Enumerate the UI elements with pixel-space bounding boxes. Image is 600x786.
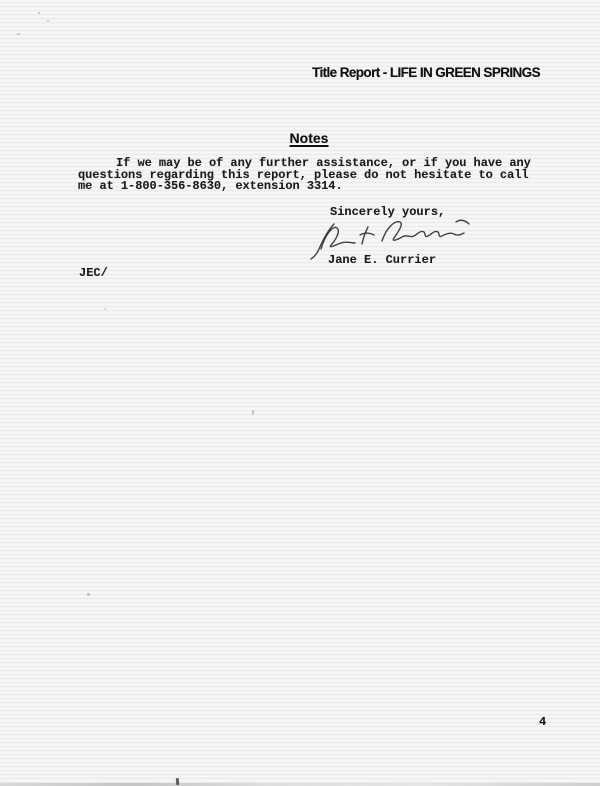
- section-heading-notes: Notes: [0, 130, 600, 146]
- reference-initials: JEC/: [79, 266, 108, 280]
- page-number: 4: [539, 715, 546, 729]
- scan-speck: [252, 410, 255, 415]
- body-line-3: me at 1-800-356-8630, extension 3314.: [78, 181, 548, 193]
- typed-signature-name: Jane E. Currier: [328, 253, 436, 267]
- scan-speck: [87, 593, 90, 596]
- scan-speck: [17, 33, 20, 35]
- scan-speck: [38, 12, 40, 14]
- scan-edge-mark: [176, 778, 179, 785]
- scan-speck: [47, 20, 49, 22]
- document-header-title: Title Report - LIFE IN GREEN SPRINGS: [312, 65, 540, 80]
- scanned-letter-page: Title Report - LIFE IN GREEN SPRINGS Not…: [0, 0, 600, 786]
- scan-speck: [104, 308, 106, 310]
- body-paragraph: If we may be of any further assistance, …: [78, 158, 548, 193]
